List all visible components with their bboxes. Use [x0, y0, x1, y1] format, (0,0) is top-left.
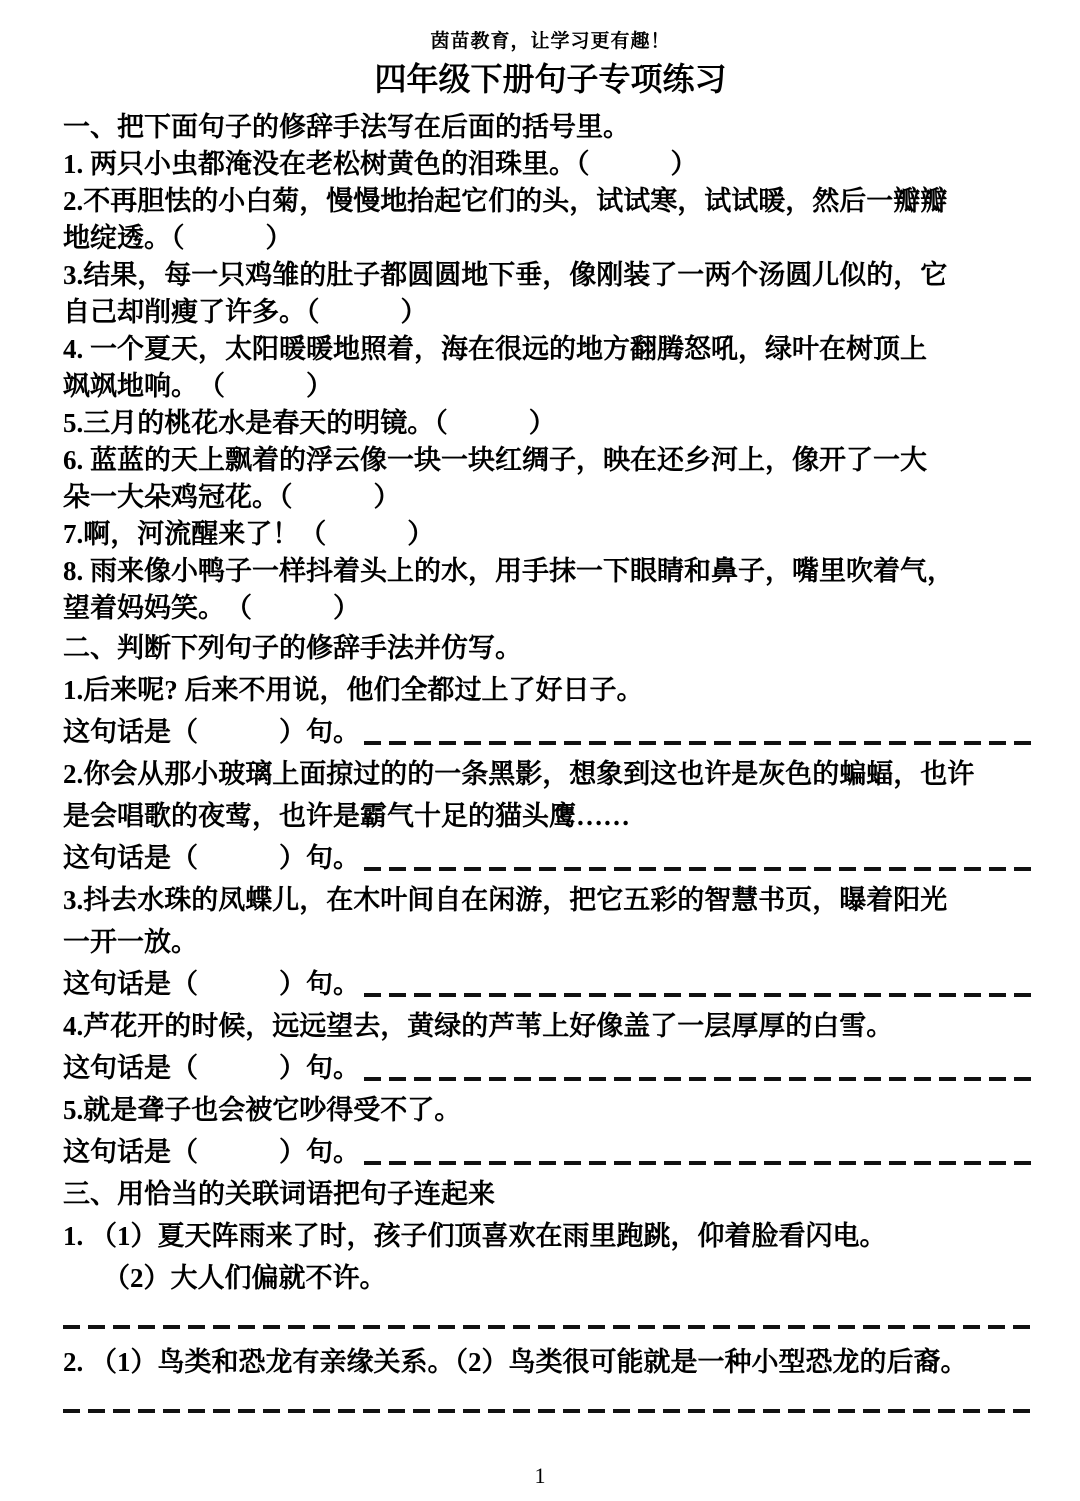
section1-item-7: 7.啊，河流醒来了！（ ）: [63, 516, 1038, 553]
section1-item-4: 4. 一个夏天，太阳暖暖地照着，海在很远的地方翻腾怒吼，绿叶在树顶上 飒飒地响。…: [63, 331, 1038, 405]
section2-item-3: 3.抖去水珠的凤蝶儿，在木叶间自在闲游，把它五彩的智慧书页，曝着阳光 一开一放。: [63, 879, 1038, 963]
section2-heading: 二、判断下列句子的修辞手法并仿写。: [63, 627, 1038, 669]
answer-label: 这句话是（ ）句。: [63, 711, 360, 753]
answer-blank-line: [63, 1383, 1038, 1425]
section1-item-1: 1. 两只小虫都淹没在老松树黄色的泪珠里。（ ）: [63, 146, 1038, 183]
worksheet-page: 茵苗教育，让学习更有趣！ 四年级下册句子专项练习 一、把下面句子的修辞手法写在后…: [0, 0, 1080, 1501]
section2-answer-3: 这句话是（ ）句。: [63, 963, 1038, 1005]
answer-blank-line: [364, 867, 1036, 871]
answer-blank-line: [63, 1299, 1038, 1341]
page-number: 1: [0, 1463, 1080, 1489]
section3-item-2: 2. （1）鸟类和恐龙有亲缘关系。（2）鸟类很可能就是一种小型恐龙的后裔。: [63, 1341, 1038, 1383]
section3-item-1-part-1: 1. （1）夏天阵雨来了时，孩子们顶喜欢在雨里跑跳，仰着脸看闪电。: [63, 1215, 1038, 1257]
section1-item-6: 6. 蓝蓝的天上飘着的浮云像一块一块红绸子，映在还乡河上，像开了一大 朵一大朵鸡…: [63, 442, 1038, 516]
section1-item-3: 3.结果，每一只鸡雏的肚子都圆圆地下垂，像刚装了一两个汤圆儿似的，它 自己却削瘦…: [63, 257, 1038, 331]
answer-label: 这句话是（ ）句。: [63, 837, 360, 879]
section2-item-4: 4.芦花开的时候，远远望去，黄绿的芦苇上好像盖了一层厚厚的白雪。: [63, 1005, 1038, 1047]
section2-answer-1: 这句话是（ ）句。: [63, 711, 1038, 753]
section2-item-1: 1.后来呢? 后来不用说，他们全都过上了好日子。: [63, 669, 1038, 711]
brand-header: 茵苗教育，让学习更有趣！: [63, 30, 1038, 53]
answer-label: 这句话是（ ）句。: [63, 963, 360, 1005]
answer-blank-line: [364, 993, 1036, 997]
section3-heading: 三、用恰当的关联词语把句子连起来: [63, 1173, 1038, 1215]
section1-item-2: 2.不再胆怯的小白菊，慢慢地抬起它们的头，试试寒，试试暖，然后一瓣瓣 地绽透。（…: [63, 183, 1038, 257]
answer-label: 这句话是（ ）句。: [63, 1131, 360, 1173]
section2-item-2: 2.你会从那小玻璃上面掠过的的一条黑影，想象到这也许是灰色的蝙蝠，也许 是会唱歌…: [63, 753, 1038, 837]
answer-blank-line: [364, 1077, 1036, 1081]
section1-heading: 一、把下面句子的修辞手法写在后面的括号里。: [63, 109, 1038, 146]
page-title: 四年级下册句子专项练习: [63, 59, 1038, 99]
answer-blank-line: [364, 1161, 1036, 1165]
section2-item-5: 5.就是聋子也会被它吵得受不了。: [63, 1089, 1038, 1131]
answer-blank-line: [364, 741, 1036, 745]
section3-item-1-part-2: （2）大人们偏就不许。: [63, 1257, 1038, 1299]
section2-answer-2: 这句话是（ ）句。: [63, 837, 1038, 879]
section2-answer-4: 这句话是（ ）句。: [63, 1047, 1038, 1089]
section1-item-5: 5.三月的桃花水是春天的明镜。（ ）: [63, 405, 1038, 442]
section2-answer-5: 这句话是（ ）句。: [63, 1131, 1038, 1173]
answer-label: 这句话是（ ）句。: [63, 1047, 360, 1089]
section1-item-8: 8. 雨来像小鸭子一样抖着头上的水，用手抹一下眼睛和鼻子，嘴里吹着气， 望着妈妈…: [63, 553, 1038, 627]
